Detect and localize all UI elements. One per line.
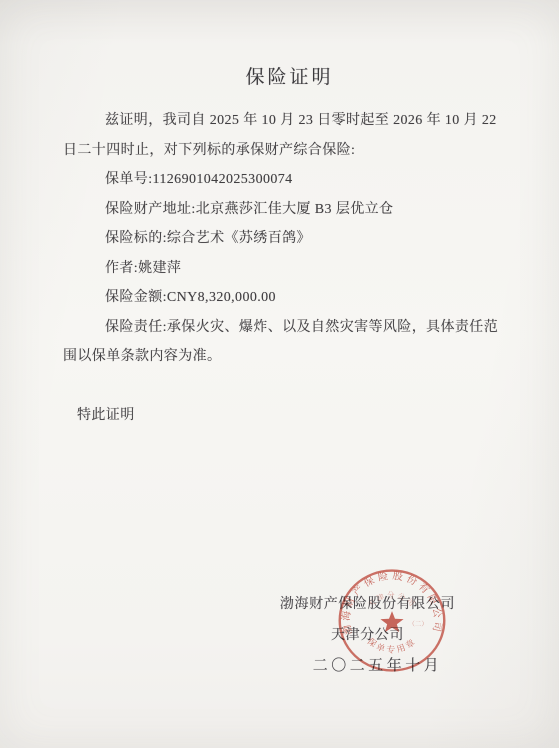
blank-line <box>63 372 483 402</box>
author-line: 作者:姚建萍 <box>63 254 483 284</box>
intro-line-2: 日二十四时止，对下列标的承保财产综合保险: <box>63 136 483 166</box>
insured-subject-line: 保险标的:综合艺术《苏绣百鸽》 <box>63 224 483 254</box>
policy-number-line: 保单号:1126901042025300074 <box>63 165 483 195</box>
property-address-line: 保险财产地址:北京燕莎汇佳大厦 B3 层优立仓 <box>63 195 483 225</box>
insurance-certificate-page: 保险证明 兹证明，我司自 2025 年 10 月 23 日零时起至 2026 年… <box>0 0 559 748</box>
insured-amount-line: 保险金额:CNY8,320,000.00 <box>63 283 483 313</box>
signature-block: 渤海财产保险股份有限公司 天津分公司 二〇二五年十月 <box>240 590 495 682</box>
liability-line-1: 保险责任:承保火灾、爆炸、以及自然灾害等风险，具体责任范 <box>63 313 483 343</box>
page-title: 保险证明 <box>0 62 559 89</box>
intro-line-1: 兹证明，我司自 2025 年 10 月 23 日零时起至 2026 年 10 月… <box>63 106 483 136</box>
branch-name: 天津分公司 <box>240 621 495 652</box>
document-body: 兹证明，我司自 2025 年 10 月 23 日零时起至 2026 年 10 月… <box>63 106 483 431</box>
issue-date: 二〇二五年十月 <box>250 651 505 682</box>
liability-line-2: 围以保单条款内容为准。 <box>63 342 483 372</box>
company-name: 渤海财产保险股份有限公司 <box>240 590 495 621</box>
closing-line: 特此证明 <box>63 401 483 431</box>
